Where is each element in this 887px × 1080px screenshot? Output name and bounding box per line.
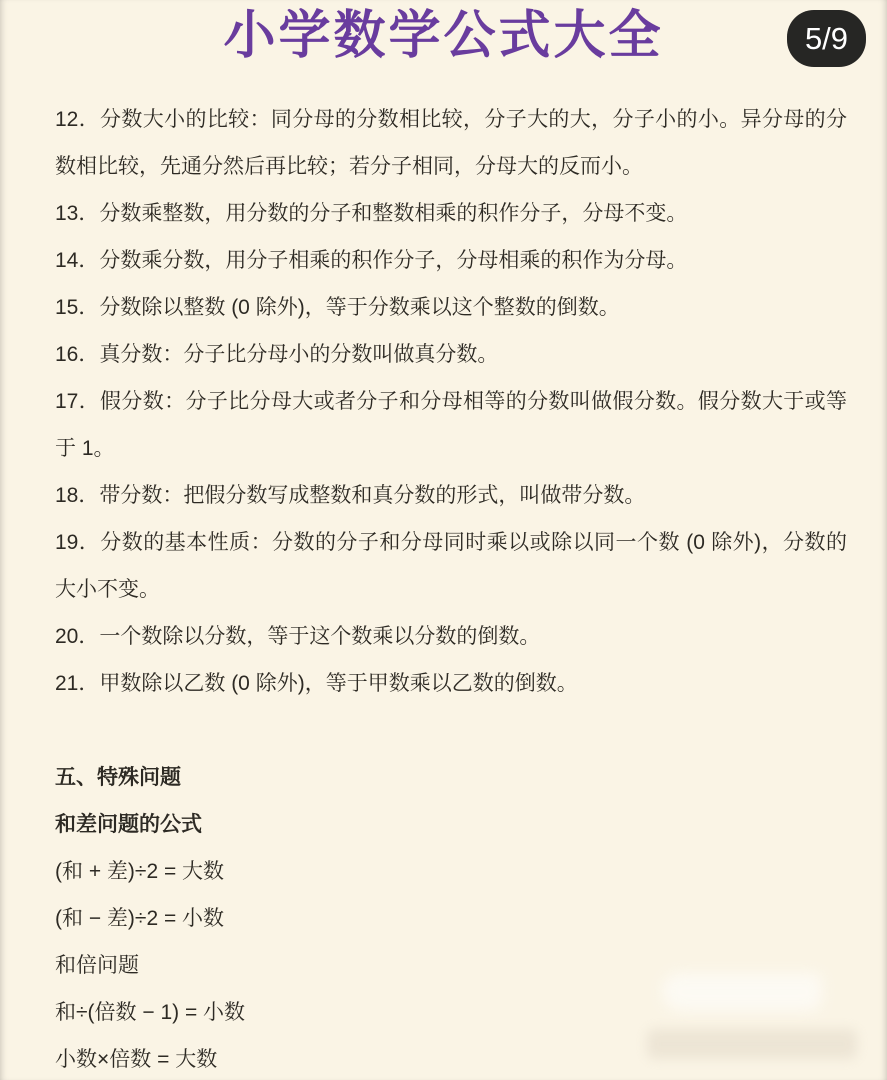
list-item-20: 20．一个数除以分数，等于这个数乘以分数的倒数。 (55, 613, 847, 660)
formula-sum-plus-diff: (和 + 差)÷2 = 大数 (55, 848, 847, 895)
list-item-14: 14．分数乘分数，用分子相乘的积作分子，分母相乘的积作为分母。 (55, 237, 847, 284)
list-item-15: 15．分数除以整数 (0 除外)，等于分数乘以这个整数的倒数。 (55, 284, 847, 331)
subsection-label-sum-multiple-problem: 和倍问题 (55, 942, 847, 989)
formula-sum-divided-by-multiple: 和÷(倍数 − 1) = 小数 (55, 989, 847, 1036)
document-page: 小学数学公式大全 5/9 12．分数大小的比较：同分母的分数相比较，分子大的大，… (0, 0, 887, 1080)
section-heading-special-problems: 五、特殊问题 (55, 754, 847, 801)
formula-sum-minus-diff: (和 − 差)÷2 = 小数 (55, 895, 847, 942)
list-item-13: 13．分数乘整数，用分数的分子和整数相乘的积作分子，分母不变。 (55, 190, 847, 237)
list-item-16: 16．真分数：分子比分母小的分数叫做真分数。 (55, 331, 847, 378)
subsection-heading-sum-diff-formula: 和差问题的公式 (55, 801, 847, 848)
list-item-19: 19．分数的基本性质：分数的分子和分母同时乘以或除以同一个数 (0 除外)，分数… (55, 519, 847, 613)
content-body: 12．分数大小的比较：同分母的分数相比较，分子大的大，分子小的小。异分母的分数相… (55, 96, 847, 1080)
formula-small-times-multiple: 小数×倍数 = 大数 (55, 1036, 847, 1080)
list-item-18: 18．带分数：把假分数写成整数和真分数的形式，叫做带分数。 (55, 472, 847, 519)
list-item-21: 21．甲数除以乙数 (0 除外)，等于甲数乘以乙数的倒数。 (55, 660, 847, 707)
page-title: 小学数学公式大全 (0, 0, 887, 66)
page-indicator-badge: 5/9 (787, 10, 866, 67)
list-item-17: 17．假分数：分子比分母大或者分子和分母相等的分数叫做假分数。假分数大于或等于 … (55, 378, 847, 472)
list-item-12: 12．分数大小的比较：同分母的分数相比较，分子大的大，分子小的小。异分母的分数相… (55, 96, 847, 190)
